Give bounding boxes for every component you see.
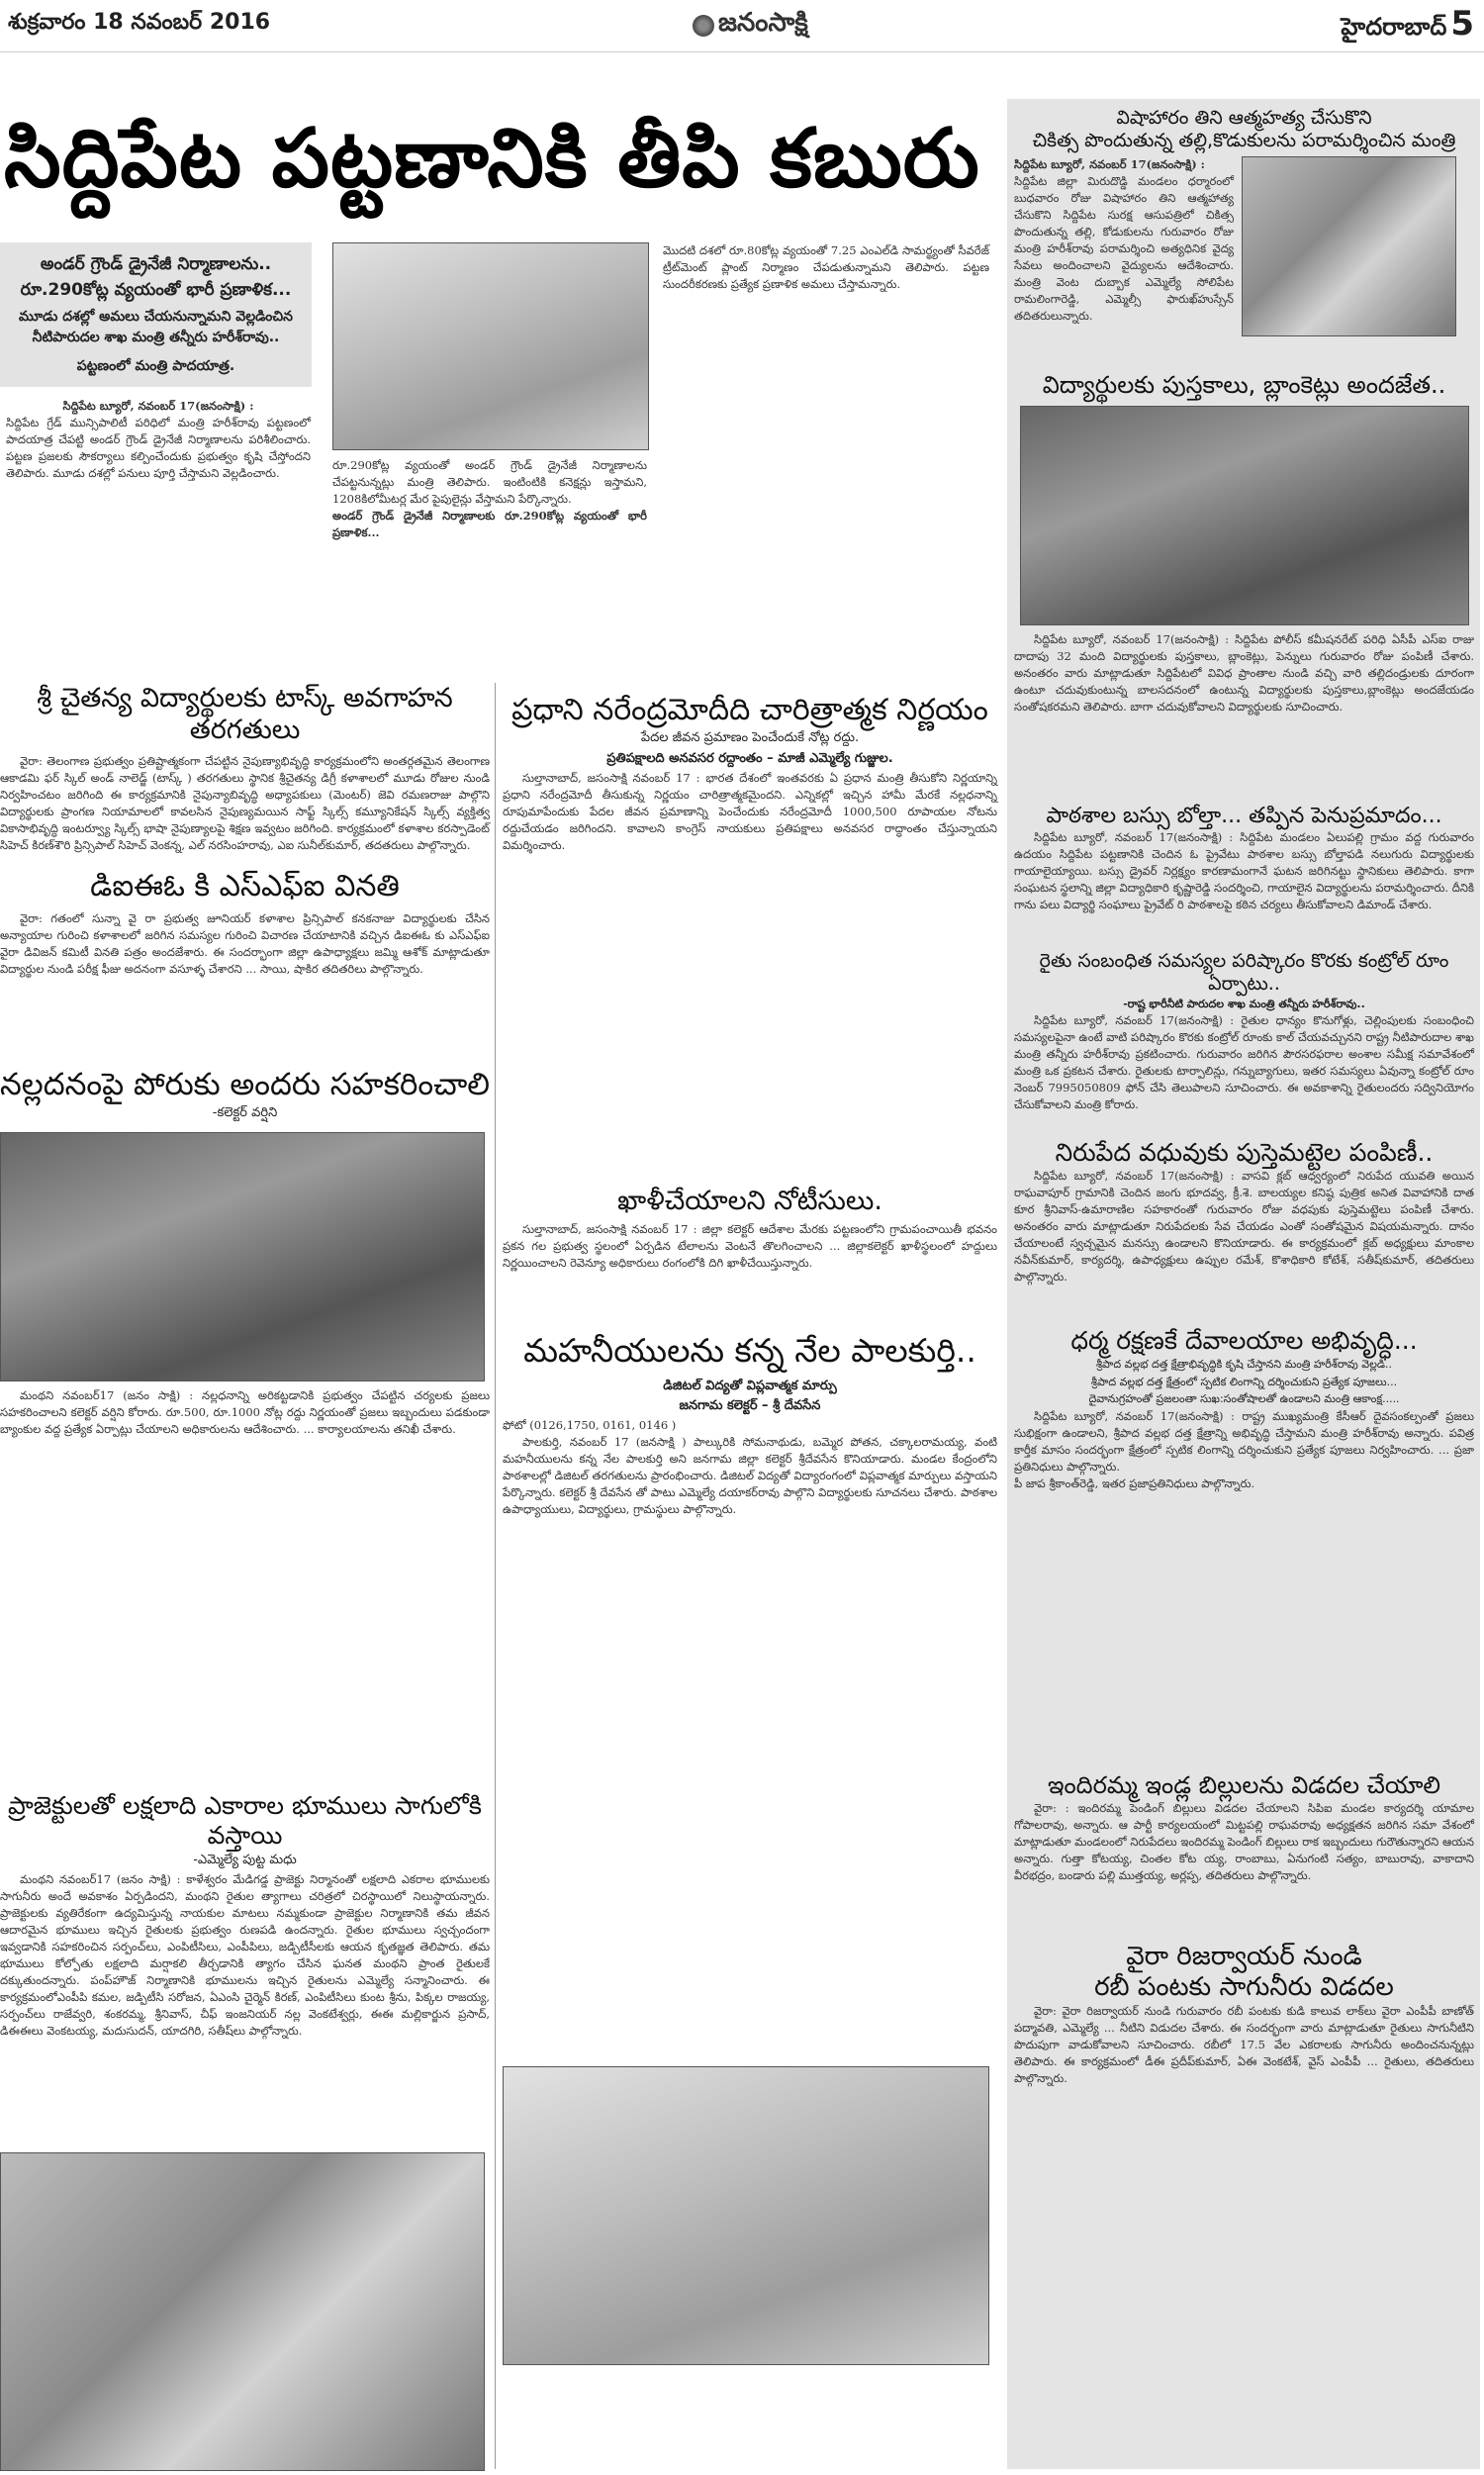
kicker-line-2: మూడు దశల్లో అమలు చేయనున్నామని వెల్లడించి… <box>6 307 306 348</box>
lead-byline: సిద్దిపేట బ్యూరో, నవంబర్ 17(జనంసాక్షి) : <box>6 398 311 415</box>
logo-text: జనంసాక్షి <box>718 8 808 44</box>
issue-date: శుక్రవారం 18 నవంబర్ 2016 <box>8 10 270 40</box>
poison-article: విషాహారం తిని ఆత్మహత్య చేసుకొని చికిత్స … <box>1014 107 1474 336</box>
palakurthi-photo-ref: ఫోటో (0126,1750, 0161, 0146 ) <box>503 1417 997 1434</box>
indiramma-body: వైరా: : ఇందిరమ్మ పెండింగ్ బిల్లులు విడదల… <box>1014 1800 1474 1884</box>
poison-headline-2: చికిత్స పొందుతున్న తల్లి,కొడుకులను పరామర… <box>1014 130 1474 152</box>
temple-subhead-3: దైవానుగ్రహంతో ప్రజలంతా సుఖ:సంతోషాలతో ఉండ… <box>1014 1390 1474 1408</box>
modi-article: ప్రధాని నరేంద్రమోదీది చారిత్రాత్మక నిర్ణ… <box>503 693 997 854</box>
poison-byline: సిద్దిపేట బ్యూరో, నవంబర్ 17(జనంసాక్షి) : <box>1014 156 1234 173</box>
lead-kicker-box: అండర్ గ్రౌండ్ డ్రైనేజీ నిర్మాణాలను.. రూ.… <box>0 242 312 387</box>
books-headline: విద్యార్థులకు పుస్తకాలు, బ్లాంకెట్లు అంద… <box>1014 371 1474 400</box>
temple-subhead-1: శ్రీపాద వల్లభ దత్త క్షేత్రాభివృద్ధికి కృ… <box>1014 1356 1474 1374</box>
notices-body: సుల్తానాబాద్, జసంసాక్షి నవంబర్ 17 : జిల్… <box>503 1221 997 1272</box>
black-money-attribution: -కలెక్టర్ వర్షిని <box>0 1103 490 1124</box>
bus-accident-photo <box>1020 406 1469 625</box>
masthead-rule <box>0 51 1484 52</box>
temple-article: ధర్మ రక్షణకే దేవాలయాల అభివృద్ధి... శ్రీప… <box>1014 1326 1474 1492</box>
projects-body: మంథని నవంబర్17 (జనం సాక్షి) : కాళేశ్వరం … <box>0 1871 490 2040</box>
pumphouse-photo <box>0 2152 485 2471</box>
notices-headline: ఖాళీచేయాలని నోటీసులు. <box>503 1186 997 1217</box>
temple-headline: ధర్మ రక్షణకే దేవాలయాల అభివృద్ధి... <box>1014 1326 1474 1356</box>
control-room-body: సిద్దిపేట బ్యూరో, నవంబర్ 17(జనంసాక్షి) :… <box>1014 1012 1474 1113</box>
modi-subhead-2: ప్రతిపక్షాలది అనవసర రద్దాంతం – మాజీ ఎమ్మ… <box>503 749 997 770</box>
modi-body: సుల్తానాబాద్, జసంసాక్షి నవంబర్ 17 : భారత… <box>503 770 997 854</box>
wyra-headline-2: రబీ పంటకు సాగునీరు విడదల <box>1014 1972 1474 2003</box>
notices-article: ఖాళీచేయాలని నోటీసులు. సుల్తానాబాద్, జసంస… <box>503 1186 997 1272</box>
lead-article-col2: రూ.290కోట్ల వ్యయంతో అండర్ గ్రౌండ్ డ్రైనే… <box>332 457 647 541</box>
chaitanya-body: వైరా: తెలంగాణ ప్రభుత్వం ప్రతిష్టాత్మకంగా… <box>0 753 490 854</box>
wedding-body: సిద్దిపేట బ్యూరో, నవంబర్ 17(జనంసాక్షి) :… <box>1014 1168 1474 1285</box>
temple-subhead-2: శ్రీపాద వల్లభ దత్త క్షేత్రంలో స్పటిక లిం… <box>1014 1374 1474 1391</box>
modi-subhead-1: పేదల జీవన ప్రమాణం పెంచేందుకే నోట్ల రద్దు… <box>503 728 997 749</box>
palakurthi-subhead-1: డిజిటల్ విద్యతో విప్లవాత్మక మార్పు <box>503 1377 997 1397</box>
bus-article: పాఠశాల బస్సు బోల్తా... తప్పిన పెనుప్రమాద… <box>1014 804 1474 913</box>
lead-photo <box>332 242 649 450</box>
palakurthi-body: పాలకుర్తి, నవంబర్ 17 (జనసాక్షి ) పాల్కుర… <box>503 1434 997 1518</box>
projects-article: ప్రాజెక్టులతో లక్షలాది ఎకారాల భూములు సాగ… <box>0 1791 490 2040</box>
lead-inline-subhead: అండర్ గ్రౌండ్ డ్రైనేజీ నిర్మాణాలకు రూ.29… <box>332 508 647 541</box>
control-room-article: రైతు సంబంధిత సమస్యల పరిష్కారం కొరకు కంట్… <box>1014 950 1474 1113</box>
sfi-headline: డిఐఈఓ కి ఎస్ఎఫ్ఐ వినతి <box>0 869 490 904</box>
digital-class-photo <box>503 2066 989 2365</box>
poison-body: సిద్దిపేట జిల్లా మిరుదొడ్డి మండలం ధర్మార… <box>1014 173 1234 325</box>
books-article: విద్యార్థులకు పుస్తకాలు, బ్లాంకెట్లు అంద… <box>1014 371 1474 715</box>
kicker-line-1: అండర్ గ్రౌండ్ డ్రైనేజీ నిర్మాణాలను.. రూ.… <box>6 252 306 303</box>
hospital-photo <box>1242 156 1456 336</box>
bus-body: సిద్దిపేట బ్యూరో, నవంబర్ 17(జనంసాక్షి) :… <box>1014 829 1474 913</box>
bus-headline: పాఠశాల బస్సు బోల్తా... తప్పిన పెనుప్రమాద… <box>1014 804 1474 829</box>
black-money-body: మంథని నవంబర్17 (జనం సాక్షి) : నల్లధనాన్న… <box>0 1387 490 1438</box>
wedding-article: నిరుపేద వధువుకు పుస్తెమట్టెల పంపిణీ.. సి… <box>1014 1138 1474 1285</box>
projects-attribution: -ఎమ్మెల్యే పుట్ట మధు <box>0 1851 490 1871</box>
lead-body-2: రూ.290కోట్ల వ్యయంతో అండర్ గ్రౌండ్ డ్రైనే… <box>332 457 647 508</box>
lead-article-col1: సిద్దిపేట బ్యూరో, నవంబర్ 17(జనంసాక్షి) :… <box>6 398 311 482</box>
page-number: 5 <box>1450 4 1474 44</box>
page-label: హైదరాబాద్5 <box>1341 4 1474 47</box>
modi-headline: ప్రధాని నరేంద్రమోదీది చారిత్రాత్మక నిర్ణ… <box>503 693 997 728</box>
banner-headline: సిద్దిపేట పట్టణానికి తీపి కబురు <box>4 119 993 200</box>
palakurthi-headline: మహనీయులను కన్న నేల పాలకుర్తి.. <box>503 1331 997 1371</box>
poison-headline-1: విషాహారం తిని ఆత్మహత్య చేసుకొని <box>1014 107 1474 130</box>
black-money-article: నల్లదనంపై పోరుకు అందరు సహకరించాలి -కలెక్… <box>0 1067 490 1438</box>
newspaper-logo: జనంసాక్షి <box>693 8 808 44</box>
sfi-article: డిఐఈఓ కి ఎస్ఎఫ్ఐ వినతి వైరా: గతంలో సున్న… <box>0 869 490 978</box>
column-rule-1 <box>495 683 496 2469</box>
chaitanya-article: శ్రీ చైతన్య విద్యార్థులకు టాస్క్ అవగాహన … <box>0 683 490 854</box>
books-body: సిద్దిపేట బ్యూరో, నవంబర్ 17(జనంసాక్షి) :… <box>1014 631 1474 715</box>
indiramma-article: ఇందిరమ్మ ఇండ్ల బిల్లులను విడదల చేయాలి వై… <box>1014 1771 1474 1884</box>
lead-article-col3: మొదటి దశలో రూ.80కోట్ల వ్యయంతో 7.25 ఎంఎల్… <box>663 242 989 293</box>
logo-icon <box>693 15 714 37</box>
temple-body: సిద్దిపేట బ్యూరో, నవంబర్ 17(జనంసాక్షి) :… <box>1014 1408 1474 1475</box>
lead-body-3: మొదటి దశలో రూ.80కోట్ల వ్యయంతో 7.25 ఎంఎల్… <box>663 242 989 293</box>
black-money-headline: నల్లదనంపై పోరుకు అందరు సహకరించాలి <box>0 1067 490 1103</box>
temple-closing: పీ జాప శ్రీకాంత్‌రెడ్డి, ఇతర ప్రజాప్రతిన… <box>1014 1475 1474 1492</box>
wyra-body: వైరా: వైరా రిజర్వాయర్ నుండి గురువారం రబీ… <box>1014 2003 1474 2087</box>
palakurthi-article: మహనీయులను కన్న నేల పాలకుర్తి.. డిజిటల్ వ… <box>503 1331 997 1518</box>
wyra-headline-1: వైరా రిజర్వాయర్ నుండి <box>1014 1942 1474 1972</box>
chaitanya-headline: శ్రీ చైతన్య విద్యార్థులకు టాస్క్ అవగాహన … <box>0 683 490 747</box>
control-room-headline: రైతు సంబంధిత సమస్యల పరిష్కారం కొరకు కంట్… <box>1014 950 1474 996</box>
lead-body-1: సిద్దిపేట గ్రేడ్ మున్సిపాలిటీ పరిధిలో మం… <box>6 415 311 482</box>
control-room-attribution: -రాష్ట భారీనీటి పారుదల శాఖ మంత్రి తన్నీర… <box>1014 996 1474 1013</box>
wyra-article: వైరా రిజర్వాయర్ నుండి రబీ పంటకు సాగునీరు… <box>1014 1942 1474 2087</box>
projects-headline: ప్రాజెక్టులతో లక్షలాది ఎకారాల భూములు సాగ… <box>0 1791 490 1851</box>
edition-city: హైదరాబాద్ <box>1341 13 1446 41</box>
indiramma-headline: ఇందిరమ్మ ఇండ్ల బిల్లులను విడదల చేయాలి <box>1014 1771 1474 1800</box>
collector-meeting-photo <box>0 1132 485 1381</box>
wedding-headline: నిరుపేద వధువుకు పుస్తెమట్టెల పంపిణీ.. <box>1014 1138 1474 1168</box>
sfi-body: వైరా: గతంలో సున్నా వై రా ప్రభుత్వ జూనియర… <box>0 910 490 978</box>
kicker-line-3: పట్టణంలో మంత్రి పాదయాత్ర. <box>6 358 306 377</box>
palakurthi-subhead-2: జనగామ కలెక్టర్ – శ్రీ దేవసేన <box>503 1396 997 1417</box>
